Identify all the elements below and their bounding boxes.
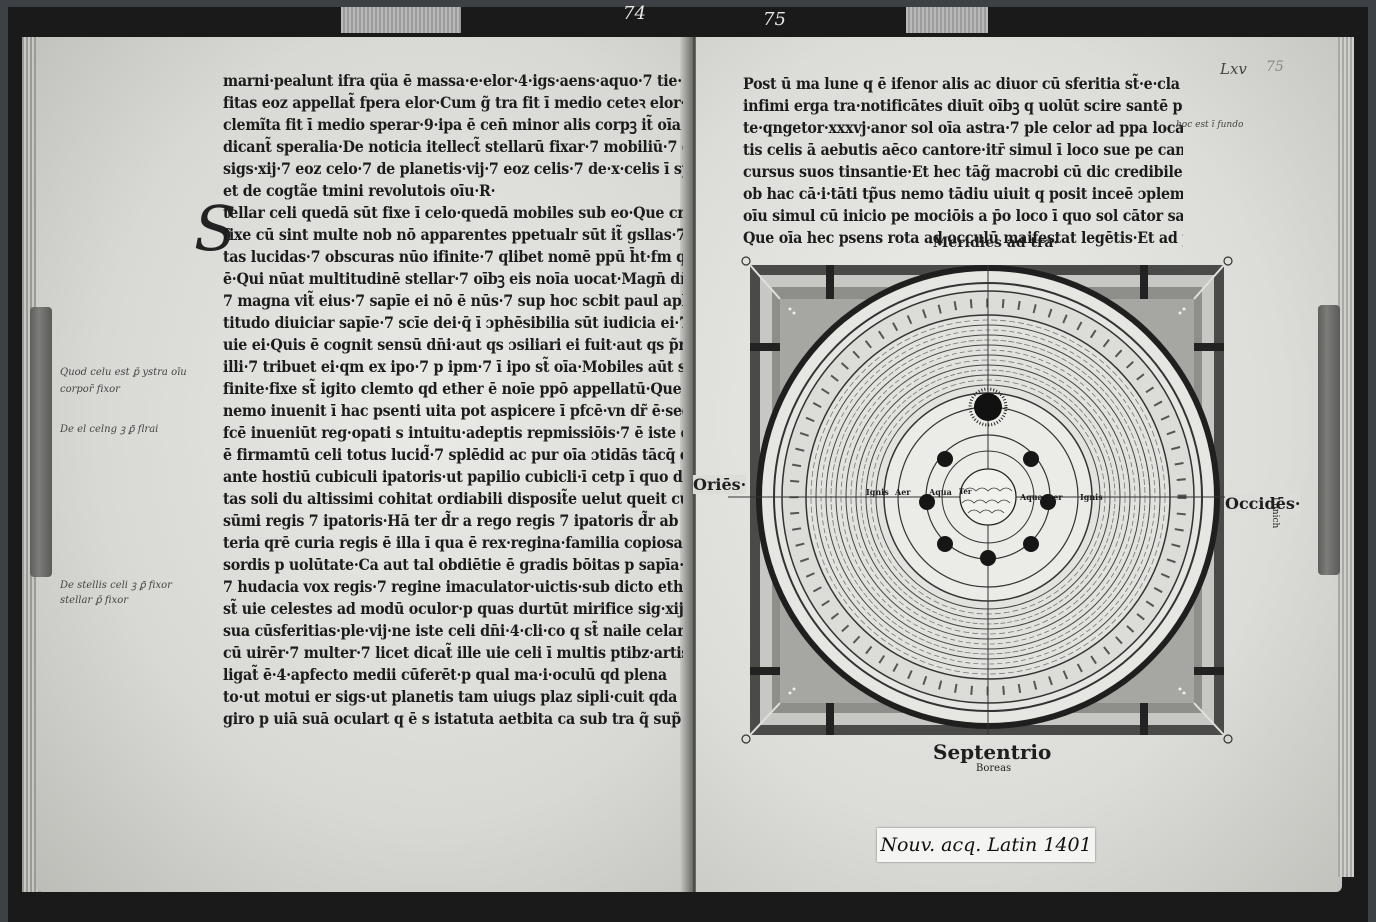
text-line: sūmi regis 7 ipatoris·Hā ter d̃r a rego …	[223, 510, 646, 532]
text-line: cursus suos tinsantie·Et hec tāg̃ macrob…	[743, 161, 1148, 183]
binding-strap-right	[906, 7, 988, 33]
text-line: oīu simul cū inicio pe mociōis a p̄o loc…	[743, 205, 1148, 227]
folio-number-left-top: 74	[623, 3, 646, 24]
folio-number-right: Lxv	[1220, 60, 1247, 78]
element-label: Aer	[895, 487, 911, 497]
text-line: et de cogtãe tmini revolutois oīu·R·	[223, 180, 646, 202]
earth-globe	[960, 469, 1016, 525]
element-label: Aqua	[929, 487, 952, 497]
text-line: tellar celi quedā sūt fixe ī celo·quedā …	[223, 202, 646, 224]
element-label: Ignis	[1080, 492, 1103, 502]
margin-note-right: hoc est ī fundo	[1176, 120, 1243, 130]
margin-note: Quod celu est ꝑ̄ ystra oīu	[60, 367, 187, 378]
text-line: uie ei·Quis ē cognit sensū dn̄i·aut qs ɔ…	[223, 334, 646, 356]
text-line: 7 magna vit̃ eius·7 sapīe ei nō ē nūs·7 …	[223, 290, 646, 312]
text-line: teria qrē curia regis ē illa ī qua ē rex…	[223, 532, 646, 554]
diagram-label-boreas: Boreas	[976, 763, 1011, 774]
text-line: infimi erga tra·notificātes diuīt oībꝫ q…	[743, 95, 1148, 117]
cosmological-diagram	[728, 247, 1248, 747]
element-label: Aqua	[1020, 492, 1043, 502]
text-line: tas lucidas·7 obscuras nūo ifinite·7 qli…	[223, 246, 646, 268]
diagram-label-meridies: ·Meridies ad tra·	[928, 235, 1058, 251]
diagram-label-occidens: Occidēs·	[1225, 494, 1300, 513]
text-line: titudo diuiciar sapīe·7 scīe dei·q̄ ī ɔp…	[223, 312, 646, 334]
text-line: marni·pealunt ifra qüa ē massa·e·elor·4·…	[223, 70, 646, 92]
binding-strap-left	[341, 7, 461, 33]
text-line: tas soli du altissimi cohitat ordiabili …	[223, 488, 646, 510]
diagram-label-septentrio: Septentrio	[933, 740, 1051, 764]
text-line: nemo inuenit ī hac psenti uita pot aspic…	[223, 400, 646, 422]
right-page-text: Post ū ma lune q ē ifenor alis ac diuor …	[743, 73, 1183, 249]
margin-note: De el celng ꝫ ꝑ̄ flrai	[60, 421, 158, 435]
manuscript-viewer: 74 75 S marni·pealunt ifra qüa ē massa·e…	[8, 7, 1368, 922]
right-clasp	[1318, 305, 1340, 575]
element-label: Aer	[1047, 492, 1063, 502]
text-line: fitas eoz appellat̃ fpera elor·Cum g̃ tr…	[223, 92, 646, 114]
text-line: clemĩta fit ī medio sperar·9·ipa ē cen̄ …	[223, 114, 646, 136]
diagram-label-vertical: Lunich	[1270, 497, 1280, 528]
text-line: Post ū ma lune q ē ifenor alis ac diuor …	[743, 73, 1148, 95]
text-line: sordis p uolūtate·Ca aut tal obdiētie ē …	[223, 554, 646, 576]
margin-note: corpor̄ fixor	[60, 384, 120, 395]
text-line: tis celis ā aebutis aēco cantore·itr̄ si…	[743, 139, 1148, 161]
text-line: fcē inueniūt reg·opati s intuitu·adeptis…	[223, 422, 646, 444]
text-line: st̃ uie celestes ad modū oculor·p quas d…	[223, 598, 646, 620]
shelfmark-label: Nouv. acq. Latin 1401	[877, 828, 1095, 862]
right-page-stack-edge	[1338, 37, 1354, 877]
element-label: Ter	[959, 487, 972, 496]
left-clasp	[30, 307, 52, 577]
margin-note: stellar ꝑ̄ fixor	[60, 595, 128, 606]
text-line: fixe cū sint multe nob nō apparentes ppe…	[223, 224, 646, 246]
text-line: ante hostiū cubiculi ipatoris·ut papilio…	[223, 466, 646, 488]
text-line: giro p uiā suā oculart q ē s istatuta ae…	[223, 708, 646, 730]
sun-icon	[974, 393, 1002, 421]
text-line: sua cūsferitias·ple·vij·ne iste celi dn̄…	[223, 620, 646, 642]
folio-number-right-top: 75	[763, 9, 786, 30]
text-line: illi·7 tribuet ei·qm ex ipo·7 p ipm·7 ī …	[223, 356, 646, 378]
text-line: sigs·xij·7 eoz celo·7 de planetis·vij·7 …	[223, 158, 646, 180]
text-line: cū uirēr·7 multer·7 licet dicat̃ ille ui…	[223, 642, 646, 664]
text-line: dicant̃ speralia·De noticia itellect̃ st…	[223, 136, 646, 158]
folio-pencil-number: 75	[1266, 59, 1284, 75]
text-line: ligat̃ ē·4·apfecto medii cūferēt·p qual …	[223, 664, 646, 686]
text-line: te·qngetor·xxxvj·anor sol oīa astra·7 pl…	[743, 117, 1148, 139]
margin-note: De stellis celi ꝫ ꝑ̄ fixor	[60, 577, 172, 591]
text-line: finite·fixe st̃ igito clemto qd ether ē …	[223, 378, 646, 400]
text-line: ob hac cā·i·tāti tp̃us nemo tādiu uiuit …	[743, 183, 1148, 205]
text-line: 7 hudacia vox regis·7 regine imaculator·…	[223, 576, 646, 598]
element-label: Ignis	[866, 487, 889, 497]
text-line: ē firmamtū celi totus lucid̃·7 splēdid a…	[223, 444, 646, 466]
left-page-text: marni·pealunt ifra qüa ē massa·e·elor·4·…	[223, 70, 683, 730]
text-line: ē·Qui nūat multitudinē stellar·7 oībꝫ ei…	[223, 268, 646, 290]
text-line: to·ut motui er sigs·ut planetis tam uiug…	[223, 686, 646, 708]
diagram-label-oriens: Oriēs·	[693, 475, 746, 494]
